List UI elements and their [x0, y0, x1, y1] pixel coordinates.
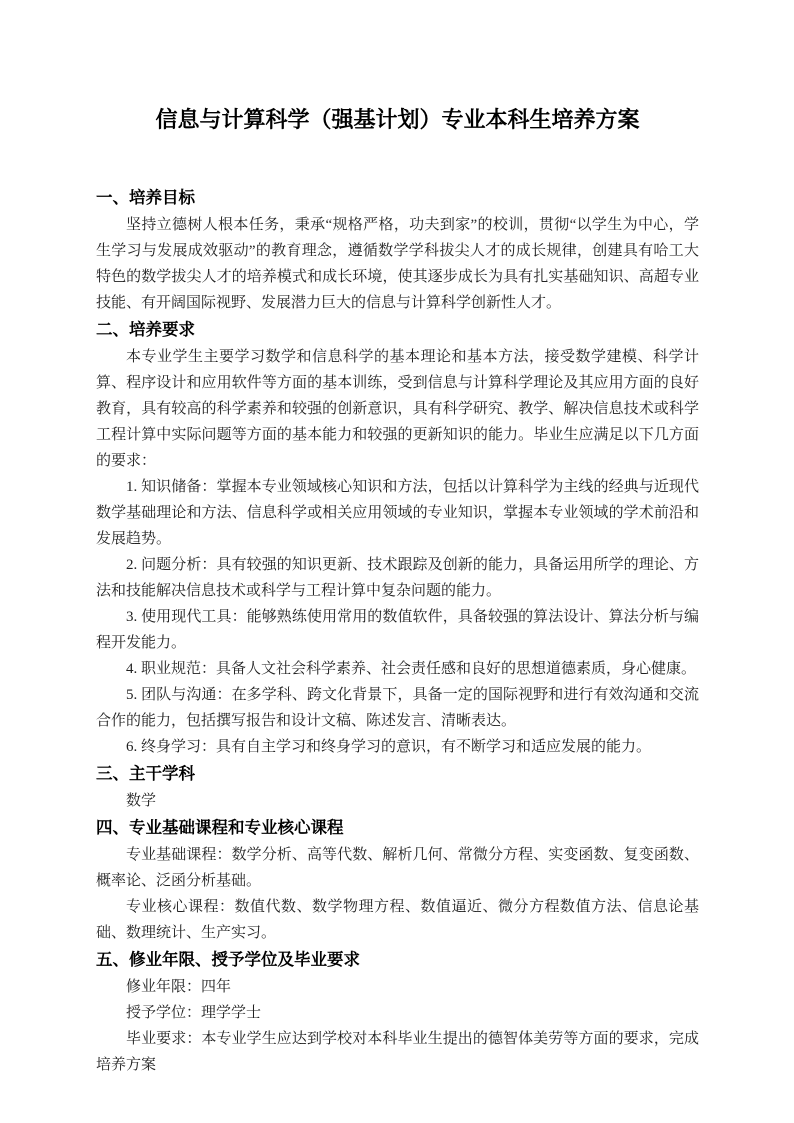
- list-item-teamwork-communication: 5. 团队与沟通：在多学科、跨文化背景下，具备一定的国际视野和进行有效沟通和交流…: [96, 682, 699, 734]
- list-item-knowledge: 1. 知识储备：掌握本专业领域核心知识和方法，包括以计算科学为主线的经典与近现代…: [96, 474, 699, 552]
- document-title: 信息与计算科学（强基计划）专业本科生培养方案: [96, 106, 699, 134]
- list-item-modern-tools: 3. 使用现代工具：能够熟练使用常用的数值软件，具备较强的算法设计、算法分析与编…: [96, 604, 699, 656]
- list-item-problem-analysis: 2. 问题分析：具有较强的知识更新、技术跟踪及创新的能力，具备运用所学的理论、方…: [96, 552, 699, 604]
- section-heading-duration-degree-graduation: 五、修业年限、授予学位及毕业要求: [96, 947, 699, 973]
- paragraph-degree-awarded: 授予学位：理学学士: [96, 1000, 699, 1026]
- list-item-lifelong-learning: 6. 终身学习：具有自主学习和终身学习的意识，有不断学习和适应发展的能力。: [96, 734, 699, 760]
- section-heading-training-requirements: 二、培养要求: [96, 317, 699, 343]
- section-main-discipline: 三、主干学科 数学: [96, 761, 699, 814]
- paragraph-basic-courses: 专业基础课程：数学分析、高等代数、解析几何、常微分方程、实变函数、复变函数、概率…: [96, 842, 699, 894]
- paragraph: 坚持立德树人根本任务，秉承“规格严格，功夫到家”的校训，贯彻“以学生为中心，学生…: [96, 212, 699, 316]
- section-heading-core-courses: 四、专业基础课程和专业核心课程: [96, 815, 699, 841]
- paragraph-main-discipline: 数学: [96, 788, 699, 814]
- document-page: 信息与计算科学（强基计划）专业本科生培养方案 一、培养目标 坚持立德树人根本任务…: [0, 0, 794, 1123]
- section-heading-main-discipline: 三、主干学科: [96, 761, 699, 787]
- list-item-professional-norms: 4. 职业规范：具备人文社会科学素养、社会责任感和良好的思想道德素质，身心健康。: [96, 656, 699, 682]
- section-duration-degree-graduation: 五、修业年限、授予学位及毕业要求 修业年限：四年 授予学位：理学学士 毕业要求：…: [96, 947, 699, 1078]
- paragraph-graduation-requirements: 毕业要求：本专业学生应达到学校对本科毕业生提出的德智体美劳等方面的要求，完成培养…: [96, 1026, 699, 1078]
- paragraph-core-courses: 专业核心课程：数值代数、数学物理方程、数值逼近、微分方程数值方法、信息论基础、数…: [96, 894, 699, 946]
- section-training-requirements: 二、培养要求 本专业学生主要学习数学和信息科学的基本理论和基本方法，接受数学建模…: [96, 317, 699, 760]
- paragraph: 本专业学生主要学习数学和信息科学的基本理论和基本方法，接受数学建模、科学计算、程…: [96, 344, 699, 474]
- paragraph-study-duration: 修业年限：四年: [96, 974, 699, 1000]
- section-core-courses: 四、专业基础课程和专业核心课程 专业基础课程：数学分析、高等代数、解析几何、常微…: [96, 815, 699, 946]
- section-heading-training-objectives: 一、培养目标: [96, 185, 699, 211]
- section-training-objectives: 一、培养目标 坚持立德树人根本任务，秉承“规格严格，功夫到家”的校训，贯彻“以学…: [96, 185, 699, 316]
